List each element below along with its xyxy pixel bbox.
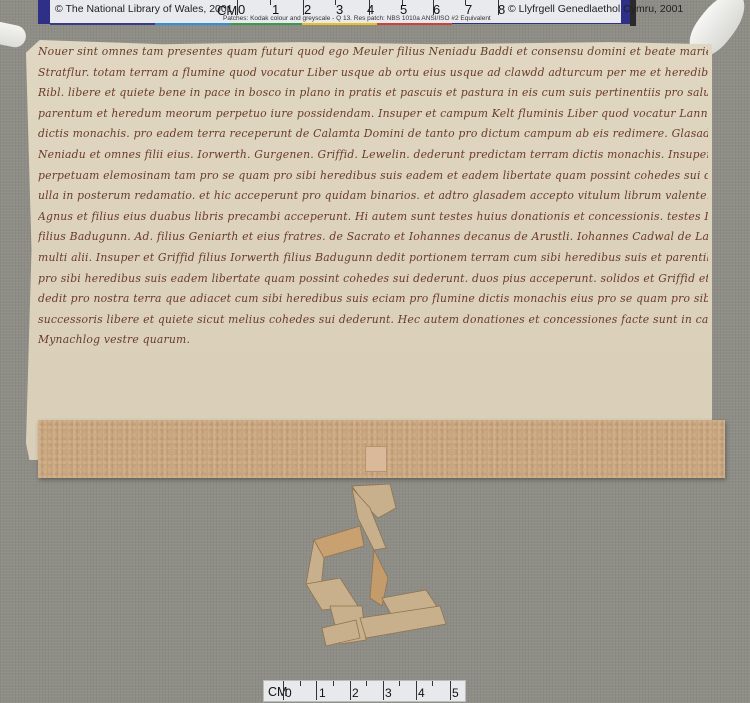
charter-line: Nouer sint omnes tam presentes quam futu… [38,42,708,63]
seal-slit [365,446,387,472]
charter-line: Ribl. libere et quiete bene in pace in b… [38,83,708,104]
bottom-cm-ruler: CM 0 1 2 3 4 5 [263,680,466,702]
color-stripe [155,23,230,25]
charter-line: Mynachlog vestre quarum. [38,330,708,351]
mount-clip-left [0,21,28,50]
scale-number: 8 [498,2,505,17]
seal-tag [300,478,460,648]
color-stripe [50,23,155,25]
charter-line: Stratflur. totam terram a flumine quod v… [38,63,708,84]
color-stripe [230,23,302,25]
charter-line: pro sibi heredibus suis eadem libertate … [38,269,708,290]
ruler-number: 5 [452,686,459,700]
ruler-number: 0 [285,686,292,700]
charter-text: Nouer sint omnes tam presentes quam futu… [38,42,708,351]
patches-note: Patches: Kodak colour and greyscale - Q … [223,15,491,22]
color-stripe [377,23,452,25]
charter-line: dictis monachis. pro eadem terra receper… [38,124,708,145]
ruler-number: 2 [352,686,359,700]
charter-line: Neniadu et omnes filii eius. Iorwerth. G… [38,145,708,166]
copyright-english: © The National Library of Wales, 2001 [55,3,233,15]
charter-line: filius Badugunn. Ad. filius Geniarth et … [38,227,708,248]
charter-line: perpetuam elemosinam tam pro se quam pro… [38,166,708,187]
ruler-number: 4 [418,686,425,700]
charter-line: ulla in posterum redamatio. et hic accep… [38,186,708,207]
copyright-welsh: © Llyfrgell Genedlaethol Cymru, 2001 [508,3,683,15]
color-stripe [302,23,377,25]
ruler-number: 1 [319,686,326,700]
charter-line: multi alii. Insuper et Griffid filius Io… [38,248,708,269]
charter-line: parentum et heredum meorum perpetuo iure… [38,104,708,125]
ruler-number: 3 [385,686,392,700]
charter-line: successoris libere et quiete sicut meliu… [38,310,708,331]
charter-line: Agnus et filius eius duabus libris preca… [38,207,708,228]
charter-line: dedit pro nostra terra que adiacet cum s… [38,289,708,310]
